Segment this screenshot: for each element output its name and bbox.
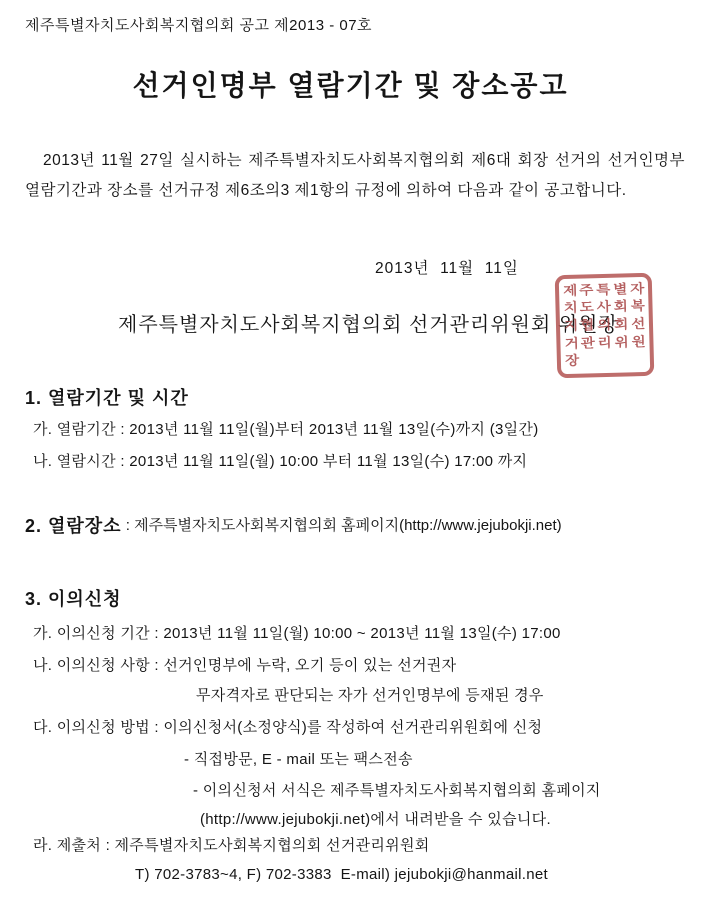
section-3-item-ra: 라. 제출처 : 제주특별자치도사회복지협의회 선거관리위원회 <box>33 834 430 855</box>
seal-character: 지 <box>564 318 579 335</box>
seal-character: 회 <box>614 316 629 333</box>
notice-date: 2013년 11월 11일 <box>375 256 519 278</box>
seal-character: 관 <box>581 335 596 352</box>
notice-document: 제주특별자치도사회복지협의회 공고 제2013 - 07호 선거인명부 열람기간… <box>0 0 701 910</box>
official-seal-stamp: 제주특별자치도사회복지협의회선거관리위원장 <box>555 273 655 379</box>
page-title: 선거인명부 열람기간 및 장소공고 <box>0 64 701 104</box>
seal-character: 복 <box>630 298 645 315</box>
section-3-item-na-continued: 무자격자로 판단되는 자가 선거인명부에 등재된 경우 <box>196 684 544 705</box>
seal-character: 제 <box>563 283 578 300</box>
notice-number: 제주특별자치도사회복지협의회 공고 제2013 - 07호 <box>25 14 372 35</box>
section-3-item-da-dash-2: - 이의신청서 서식은 제주특별자치도사회복지협의회 홈페이지 <box>193 779 601 800</box>
section-2-content: : 제주특별자치도사회복지협의회 홈페이지(http://www.jejubok… <box>122 517 562 534</box>
seal-character: 자 <box>630 281 645 298</box>
section-3-heading: 3. 이의신청 <box>25 585 122 611</box>
seal-character: 특 <box>596 282 611 299</box>
seal-character: 의 <box>597 317 612 334</box>
seal-character: 위 <box>614 334 629 351</box>
section-3-item-ga: 가. 이의신청 기간 : 2013년 11월 11일(월) 10:00 ~ 20… <box>33 622 561 643</box>
intro-paragraph: 2013년 11월 27일 실시하는 제주특별자치도사회복지협의회 제6대 회장… <box>25 146 685 206</box>
signature-line: 제주특별자치도사회복지협의회 선거관리위원회 위원장 <box>118 308 619 337</box>
seal-character: 리 <box>598 334 613 351</box>
seal-character: 치 <box>563 300 578 317</box>
section-3-item-da: 다. 이의신청 방법 : 이의신청서(소정양식)를 작성하여 선거관리위원회에 … <box>33 716 542 737</box>
seal-character: 장 <box>565 353 580 370</box>
seal-character: 거 <box>564 335 579 352</box>
seal-character: 회 <box>614 299 629 316</box>
contact-info-line: T) 702-3783~4, F) 702-3383 E-mail) jejub… <box>135 866 548 883</box>
section-1-item-na: 나. 열람시간 : 2013년 11월 11일(월) 10:00 부터 11월 … <box>33 450 527 471</box>
official-seal-text: 제주특별자치도사회복지협의회선거관리위원장 <box>561 280 647 370</box>
seal-character: 원 <box>631 334 646 351</box>
section-1-heading: 1. 열람기간 및 시간 <box>25 384 189 410</box>
seal-character: 도 <box>580 300 595 317</box>
section-2-heading: 2. 열람장소 : 제주특별자치도사회복지협의회 홈페이지(http://www… <box>25 512 562 538</box>
section-3-item-da-url-line: (http://www.jejubokji.net)에서 내려받을 수 있습니다… <box>200 808 551 829</box>
section-3-item-na: 나. 이의신청 사항 : 선거인명부에 누락, 오기 등이 있는 선거권자 <box>33 654 456 675</box>
section-3-item-da-dash-1: - 직접방문, E - mail 또는 팩스전송 <box>184 748 413 769</box>
section-2-heading-label: 2. 열람장소 <box>25 516 122 536</box>
seal-character: 별 <box>613 281 628 298</box>
seal-character: 주 <box>580 282 595 299</box>
seal-character: 협 <box>580 317 595 334</box>
seal-character: 선 <box>631 316 646 333</box>
seal-character: 사 <box>597 299 612 316</box>
section-1-item-ga: 가. 열람기간 : 2013년 11월 11일(월)부터 2013년 11월 1… <box>33 418 539 439</box>
